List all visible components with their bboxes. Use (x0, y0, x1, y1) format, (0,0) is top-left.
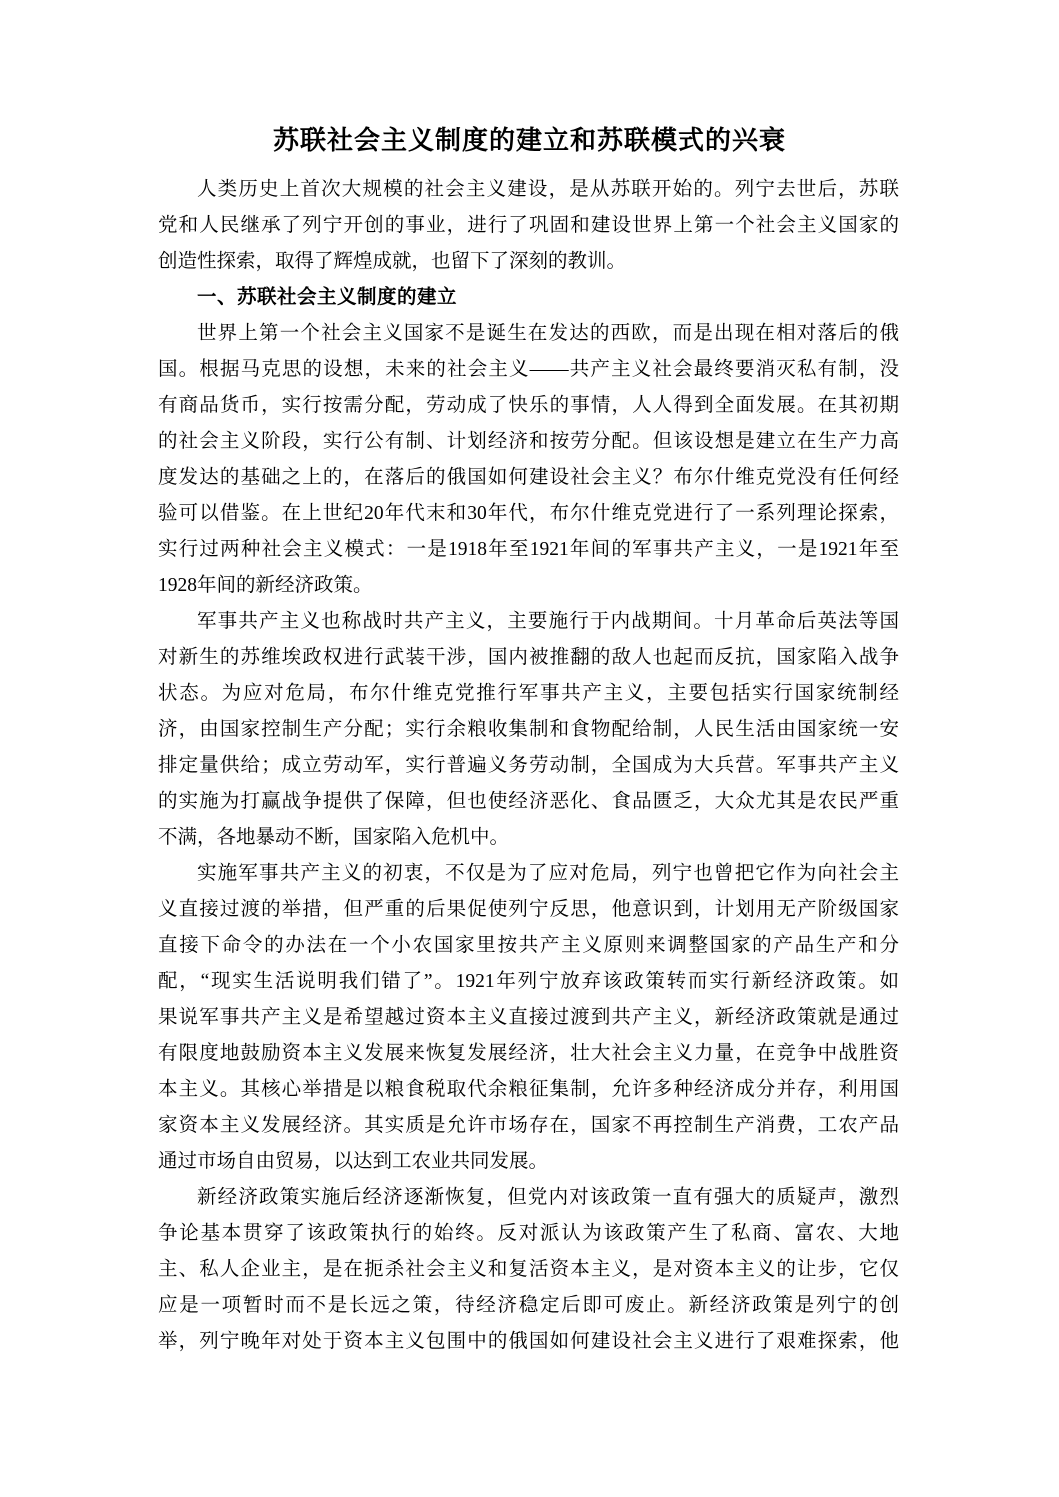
text-line: 果说军事共产主义是希望越过资本主义直接过渡到共产主义，新经济政策就是通过 (158, 1000, 899, 1036)
page-title: 苏联社会主义制度的建立和苏联模式的兴衰 (0, 121, 1059, 161)
text-line: 验可以借鉴。在上世纪20年代末和30年代，布尔什维克党进行了一系列理论探索， (158, 496, 899, 532)
text-line: 家资本主义发展经济。其实质是允许市场存在，国家不再控制生产消费，工农产品 (158, 1108, 899, 1144)
text-line: 争论基本贯穿了该政策执行的始终。反对派认为该政策产生了私商、富农、大地 (158, 1216, 899, 1252)
text-line: 应是一项暂时而不是长远之策，待经济稳定后即可废止。新经济政策是列宁的创 (158, 1288, 899, 1324)
text-line: 本主义。其核心举措是以粮食税取代余粮征集制，允许多种经济成分并存，利用国 (158, 1072, 899, 1108)
text-line: 实施军事共产主义的初衷，不仅是为了应对危局，列宁也曾把它作为向社会主 (158, 856, 899, 892)
text-line: 举，列宁晚年对处于资本主义包围中的俄国如何建设社会主义进行了艰难探索，他 (158, 1324, 899, 1360)
text-line: 义直接过渡的举措，但严重的后果促使列宁反思，他意识到，计划用无产阶级国家 (158, 892, 899, 928)
text-line: 创造性探索，取得了辉煌成就，也留下了深刻的教训。 (158, 244, 899, 280)
text-line: 排定量供给；成立劳动军，实行普遍义务劳动制，全国成为大兵营。军事共产主义 (158, 748, 899, 784)
text-line: 直接下命令的办法在一个小农国家里按共产主义原则来调整国家的产品生产和分 (158, 928, 899, 964)
text-line: 通过市场自由贸易，以达到工农业共同发展。 (158, 1144, 899, 1180)
text-line: 人类历史上首次大规模的社会主义建设，是从苏联开始的。列宁去世后，苏联 (158, 172, 899, 208)
text-line: 的社会主义阶段，实行公有制、计划经济和按劳分配。但该设想是建立在生产力高 (158, 424, 899, 460)
text-line: 对新生的苏维埃政权进行武装干涉，国内被推翻的敌人也起而反抗，国家陷入战争 (158, 640, 899, 676)
text-line: 的实施为打赢战争提供了保障，但也使经济恶化、食品匮乏，大众尤其是农民严重 (158, 784, 899, 820)
text-line: 实行过两种社会主义模式：一是1918年至1921年间的军事共产主义，一是1921… (158, 532, 899, 568)
text-line: 1928年间的新经济政策。 (158, 568, 899, 604)
text-line: 党和人民继承了列宁开创的事业，进行了巩固和建设世界上第一个社会主义国家的 (158, 208, 899, 244)
text-line: 有商品货币，实行按需分配，劳动成了快乐的事情，人人得到全面发展。在其初期 (158, 388, 899, 424)
text-line: 国。根据马克思的设想，未来的社会主义——共产主义社会最终要消灭私有制，没 (158, 352, 899, 388)
text-line: 军事共产主义也称战时共产主义，主要施行于内战期间。十月革命后英法等国 (158, 604, 899, 640)
text-line: 有限度地鼓励资本主义发展来恢复发展经济，壮大社会主义力量，在竞争中战胜资 (158, 1036, 899, 1072)
section-heading: 一、苏联社会主义制度的建立 (158, 280, 899, 316)
text-line: 世界上第一个社会主义国家不是诞生在发达的西欧，而是出现在相对落后的俄 (158, 316, 899, 352)
document-page: 苏联社会主义制度的建立和苏联模式的兴衰 人类历史上首次大规模的社会主义建设，是从… (0, 0, 1059, 1497)
text-line: 新经济政策实施后经济逐渐恢复，但党内对该政策一直有强大的质疑声，激烈 (158, 1180, 899, 1216)
document-body: 人类历史上首次大规模的社会主义建设，是从苏联开始的。列宁去世后，苏联党和人民继承… (158, 172, 899, 1360)
text-line: 济，由国家控制生产分配；实行余粮收集制和食物配给制，人民生活由国家统一安 (158, 712, 899, 748)
text-line: 不满，各地暴动不断，国家陷入危机中。 (158, 820, 899, 856)
text-line: 配，“现实生活说明我们错了”。1921年列宁放弃该政策转而实行新经济政策。如 (158, 964, 899, 1000)
text-line: 度发达的基础之上的，在落后的俄国如何建设社会主义？布尔什维克党没有任何经 (158, 460, 899, 496)
text-line: 状态。为应对危局，布尔什维克党推行军事共产主义，主要包括实行国家统制经 (158, 676, 899, 712)
text-line: 主、私人企业主，是在扼杀社会主义和复活资本主义，是对资本主义的让步，它仅 (158, 1252, 899, 1288)
